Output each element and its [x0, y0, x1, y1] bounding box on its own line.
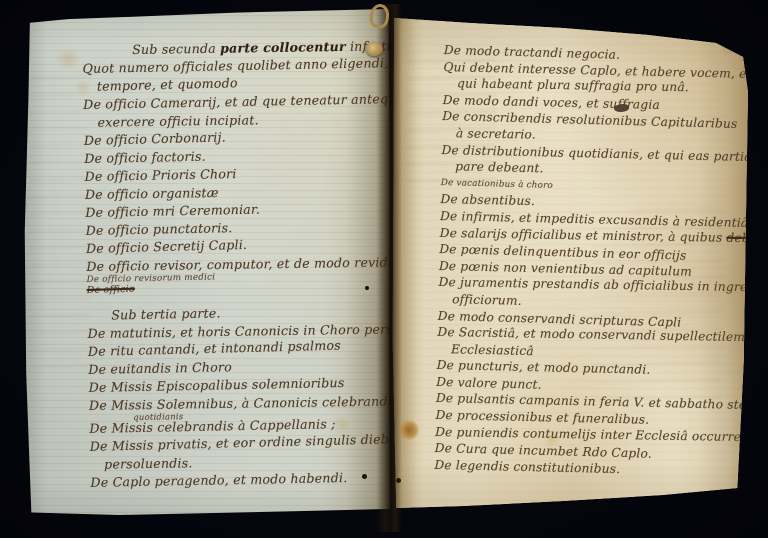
manuscript-line: Sub secunda parte collocentur infratta C…	[132, 37, 388, 59]
binding-knot	[366, 42, 383, 56]
left-page-text: Sub secunda parte collocentur infratta C…	[82, 36, 397, 491]
right-page: De modo tractandi negocia.Qui debent int…	[392, 12, 748, 512]
manuscript-line: persoluendis.	[104, 451, 396, 473]
manuscript-photo: Sub secunda parte collocentur infratta C…	[0, 0, 768, 538]
binding-gutter	[376, 4, 402, 532]
right-page-text: De modo tractandi negocia.Qui debent int…	[434, 42, 740, 480]
stain	[54, 48, 82, 70]
manuscript-line: De Missis Solemnibus, à Canonicis celebr…	[89, 392, 395, 415]
bleed-through-texture	[30, 68, 90, 368]
left-page: Sub secunda parte collocentur infratta C…	[24, 8, 390, 516]
